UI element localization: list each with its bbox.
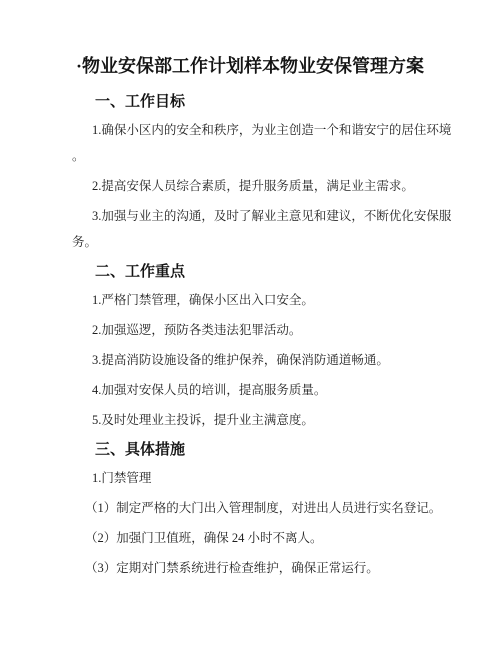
text-line: 4.加强对安保人员的培训，提高服务质量。 [92, 377, 472, 403]
text-line: 1.确保小区内的安全和秩序，为业主创造一个和谐安宁的居住环境 [92, 117, 472, 143]
section-heading: 一、工作目标 [95, 92, 472, 112]
text-line: 3.提高消防设施设备的维护保养，确保消防通道畅通。 [92, 347, 472, 373]
text-line: 1.门禁管理 [92, 465, 472, 491]
text-line: （1）制定严格的大门出入管理制度，对进出人员进行实名登记。 [85, 495, 472, 521]
text-line: （3）定期对门禁系统进行检查维护，确保正常运行。 [85, 555, 472, 581]
text-line: 3.加强与业主的沟通，及时了解业主意见和建议，不断优化安保服 [92, 203, 472, 229]
text-line: 务。 [72, 229, 472, 255]
text-line: 。 [72, 143, 472, 169]
section-heading: 二、工作重点 [95, 262, 472, 282]
text-line: 2.提高安保人员综合素质，提升服务质量，满足业主需求。 [92, 173, 472, 199]
text-line: （2）加强门卫值班，确保 24 小时不离人。 [85, 525, 472, 551]
section-heading: 三、具体措施 [95, 440, 472, 460]
text-line: 1.严格门禁管理，确保小区出入口安全。 [92, 287, 472, 313]
text-line: 5.及时处理业主投诉，提升业主满意度。 [92, 407, 472, 433]
document-body: 一、工作目标1.确保小区内的安全和秩序，为业主创造一个和谐安宁的居住环境。2.提… [72, 92, 472, 581]
text-line: 2.加强巡逻，预防各类违法犯罪活动。 [92, 317, 472, 343]
document-page: ·物业安保部工作计划样本物业安保管理方案 一、工作目标1.确保小区内的安全和秩序… [0, 0, 500, 647]
document-title: ·物业安保部工作计划样本物业安保管理方案 [28, 54, 472, 78]
